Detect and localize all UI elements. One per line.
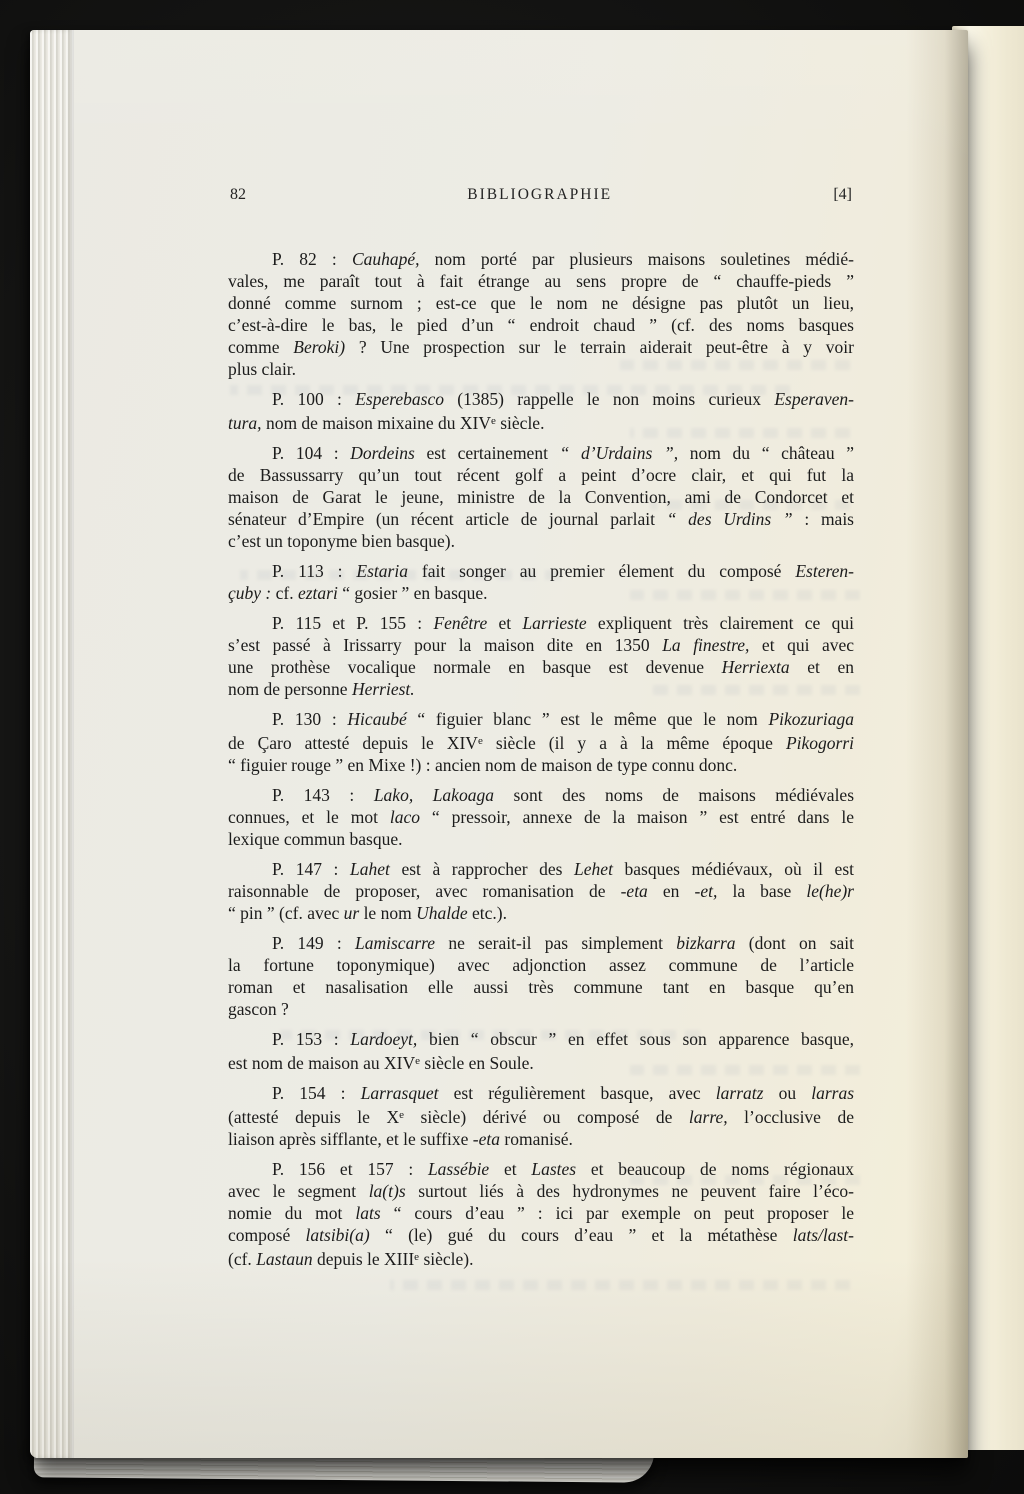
text-segment: en	[648, 881, 695, 901]
text-segment: et en	[790, 657, 854, 677]
text-line: c’est-à-dire le bas, le pied d’un “ endr…	[228, 314, 854, 336]
text-segment: “ figuier blanc ” est le même que le nom	[407, 709, 769, 729]
text-segment: et beaucoup de noms régionaux	[576, 1159, 854, 1179]
text-segment: donné comme surnom ; est-ce que le nom n…	[228, 293, 854, 313]
text-segment: nom porté par plusieurs maisons souletin…	[420, 249, 854, 269]
text-segment: Lastaun	[256, 1249, 312, 1269]
text-segment: nomie du mot	[228, 1203, 355, 1223]
text-segment: et	[489, 1159, 531, 1179]
text-segment: le nom	[359, 903, 416, 923]
text-line: P. 100 : Esperebasco (1385) rappelle le …	[228, 388, 854, 410]
text-line: P. 149 : Lamiscarre ne serait-il pas sim…	[228, 932, 854, 954]
text-segment: Esperaven-	[774, 389, 854, 409]
text-segment: P. 113 :	[272, 561, 356, 581]
text-segment: cf.	[271, 583, 298, 603]
photo-background: 82 BIBLIOGRAPHIE [4] P. 82 : Cauhapé, no…	[0, 0, 1024, 1494]
text-segment: roman et nasalisation elle aussi très co…	[228, 977, 854, 997]
text-segment: ne serait-il pas simplement	[435, 933, 676, 953]
text-line: lexique commun basque.	[228, 828, 854, 850]
text-segment: siècle en Soule.	[420, 1053, 534, 1073]
text-segment: P. 149 :	[272, 933, 355, 953]
text-segment: latsibi(a)	[306, 1225, 370, 1245]
text-line: la fortune toponymique) avec adjonction …	[228, 954, 854, 976]
text-segment: bizkarra	[676, 933, 735, 953]
text-segment: une prothèse vocalique normale en basque…	[228, 657, 722, 677]
text-line: P. 104 : Dordeins est certainement “ d’U…	[228, 442, 854, 464]
text-line: (attesté depuis le Xe siècle) dérivé ou …	[228, 1104, 854, 1128]
text-segment: ou	[763, 1083, 811, 1103]
text-line: tura, nom de maison mixaine du XIVe sièc…	[228, 410, 854, 434]
text-segment: Lehet	[574, 859, 613, 879]
text-segment: de Bassussarry qu’un tout récent golf a …	[228, 465, 854, 485]
text-segment: connues, et le mot	[228, 807, 390, 827]
paragraph: P. 104 : Dordeins est certainement “ d’U…	[228, 442, 854, 552]
text-line: P. 82 : Cauhapé, nom porté par plusieurs…	[228, 248, 854, 270]
text-segment: Esperebasco	[355, 389, 444, 409]
text-segment: nom du “ château ”	[678, 443, 854, 463]
text-line: P. 154 : Larrasquet est régulièrement ba…	[228, 1082, 854, 1104]
text-segment: P. 154 :	[272, 1083, 361, 1103]
text-segment: est régulièrement basque, avec	[438, 1083, 715, 1103]
text-segment: Hicaubé	[347, 709, 406, 729]
text-line: liaison après sifflante, et le suffixe -…	[228, 1128, 854, 1150]
book-page: 82 BIBLIOGRAPHIE [4] P. 82 : Cauhapé, no…	[30, 30, 968, 1458]
text-segment: P. 147 :	[272, 859, 350, 879]
text-segment: vales, me paraît tout à fait étrange au …	[228, 271, 854, 291]
text-segment: composé	[228, 1225, 306, 1245]
text-segment: “ figuier rouge ” en Mixe !) : ancien no…	[228, 755, 737, 775]
running-title: BIBLIOGRAPHIE	[467, 186, 612, 204]
text-segment: Pikogorri	[786, 733, 854, 753]
paragraph: P. 130 : Hicaubé “ figuier blanc ” est l…	[228, 708, 854, 776]
text-segment: Dordeins	[350, 443, 415, 463]
text-segment: Lassébie	[428, 1159, 489, 1179]
text-segment: est certainement	[415, 443, 560, 463]
text-segment: la fortune toponymique) avec adjonction …	[228, 955, 854, 975]
text-segment: Lako, Lakoaga	[374, 785, 494, 805]
paragraph: P. 154 : Larrasquet est régulièrement ba…	[228, 1082, 854, 1150]
text-segment: P. 100 :	[272, 389, 355, 409]
text-line: vales, me paraît tout à fait étrange au …	[228, 270, 854, 292]
text-segment: Lardoeyt,	[350, 1029, 417, 1049]
paragraph: P. 82 : Cauhapé, nom porté par plusieurs…	[228, 248, 854, 380]
text-line: P. 143 : Lako, Lakoaga sont des noms de …	[228, 784, 854, 806]
text-line: roman et nasalisation elle aussi très co…	[228, 976, 854, 998]
text-segment: siècle).	[419, 1249, 473, 1269]
text-segment: siècle.	[496, 413, 545, 433]
text-line: nom de personne Herriest.	[228, 678, 854, 700]
text-segment: P. 130 :	[272, 709, 347, 729]
text-segment: sont des noms de maisons médiévales	[494, 785, 854, 805]
text-line: connues, et le mot laco “ pressoir, anne…	[228, 806, 854, 828]
text-segment: Fenêtre	[433, 613, 487, 633]
text-segment: “ cours d’eau ” : ici par exemple on peu…	[381, 1203, 854, 1223]
text-line: comme Beroki) ? Une prospection sur le t…	[228, 336, 854, 358]
text-segment: tura,	[228, 413, 262, 433]
paragraph: P. 113 : Estaria fait songer au premier …	[228, 560, 854, 604]
text-segment: Lamiscarre	[355, 933, 435, 953]
text-segment: ? Une prospection sur le terrain aiderai…	[345, 337, 854, 357]
text-segment: “ des Urdins ”	[667, 509, 793, 529]
text-line: P. 115 et P. 155 : Fenêtre et Larrieste …	[228, 612, 854, 634]
text-segment: Lastes	[531, 1159, 576, 1179]
text-segment: Larrasquet	[361, 1083, 439, 1103]
text-segment: bien “ obscur ” en effet sous son appare…	[417, 1029, 854, 1049]
text-segment: et qui avec	[749, 635, 854, 655]
text-segment: La finestre,	[662, 635, 749, 655]
text-segment: P. 143 :	[272, 785, 374, 805]
text-segment: lats/last-	[793, 1225, 854, 1245]
text-segment: P. 82 :	[272, 249, 352, 269]
text-segment: etc.).	[468, 903, 507, 923]
text-line: maison de Garat le jeune, ministre de la…	[228, 486, 854, 508]
text-segment: maison de Garat le jeune, ministre de la…	[228, 487, 854, 507]
text-segment: expliquent très clairement ce qui	[587, 613, 854, 633]
text-segment: c’est-à-dire le bas, le pied d’un “ endr…	[228, 315, 854, 335]
text-segment: lexique commun basque.	[228, 829, 402, 849]
text-line: “ figuier rouge ” en Mixe !) : ancien no…	[228, 754, 854, 776]
text-segment: Herriest.	[352, 679, 415, 699]
text-segment: c’est un toponyme bien basque).	[228, 531, 455, 551]
text-segment: et	[487, 613, 522, 633]
text-line: çuby : cf. eztari “ gosier ” en basque.	[228, 582, 854, 604]
paragraph: P. 153 : Lardoeyt, bien “ obscur ” en ef…	[228, 1028, 854, 1074]
text-segment: gascon ?	[228, 999, 289, 1019]
text-line: donné comme surnom ; est-ce que le nom n…	[228, 292, 854, 314]
text-segment: Larrieste	[522, 613, 586, 633]
text-segment: -eta	[621, 881, 648, 901]
text-segment: çuby :	[228, 583, 271, 603]
text-body: P. 82 : Cauhapé, nom porté par plusieurs…	[228, 248, 854, 1270]
text-line: “ pin ” (cf. avec ur le nom Uhalde etc.)…	[228, 902, 854, 924]
text-line: c’est un toponyme bien basque).	[228, 530, 854, 552]
text-segment: plus clair.	[228, 359, 296, 379]
text-segment: “ pressoir, annexe de la maison ” est en…	[420, 807, 854, 827]
text-segment: (1385) rappelle le non moins curieux	[444, 389, 774, 409]
text-segment: -et,	[695, 881, 718, 901]
text-segment: basques médiévaux, où il est	[613, 859, 854, 879]
text-line: gascon ?	[228, 998, 854, 1020]
paragraph: P. 115 et P. 155 : Fenêtre et Larrieste …	[228, 612, 854, 700]
text-segment: larre,	[689, 1107, 728, 1127]
text-segment: lats	[355, 1203, 380, 1223]
text-segment: “ d’Urdains ”,	[560, 443, 678, 463]
text-segment: P. 104 :	[272, 443, 350, 463]
text-segment: “ (le) gué du cours d’eau ” et la métath…	[370, 1225, 793, 1245]
text-segment: Cauhapé,	[352, 249, 420, 269]
text-segment: P. 156 et 157 :	[272, 1159, 428, 1179]
text-segment: P. 153 :	[272, 1029, 350, 1049]
text-segment: la(t)s	[369, 1181, 406, 1201]
paragraph: P. 156 et 157 : Lassébie et Lastes et be…	[228, 1158, 854, 1270]
text-segment: nom de personne	[228, 679, 352, 699]
text-segment: avec le segment	[228, 1181, 369, 1201]
text-line: nomie du mot lats “ cours d’eau ” : ici …	[228, 1202, 854, 1224]
text-segment: P. 115 et P. 155 :	[272, 613, 433, 633]
text-line: de Çaro attesté depuis le XIVe siècle (i…	[228, 730, 854, 754]
text-segment: sénateur d’Empire (un récent article de …	[228, 509, 667, 529]
text-segment: “ gosier ” en basque.	[338, 583, 488, 603]
text-line: une prothèse vocalique normale en basque…	[228, 656, 854, 678]
text-segment: depuis le XIII	[313, 1249, 415, 1269]
text-line: raisonnable de proposer, avec romanisati…	[228, 880, 854, 902]
text-segment: Herriexta	[722, 657, 790, 677]
text-line: est nom de maison au XIVe siècle en Soul…	[228, 1050, 854, 1074]
paragraph: P. 143 : Lako, Lakoaga sont des noms de …	[228, 784, 854, 850]
text-segment: eztari	[298, 583, 338, 603]
paragraph: P. 147 : Lahet est à rapprocher des Lehe…	[228, 858, 854, 924]
text-segment: Uhalde	[416, 903, 468, 923]
issue-marker: [4]	[833, 186, 852, 204]
text-segment: surtout liés à des hydronymes ne peuvent…	[406, 1181, 854, 1201]
text-segment: est nom de maison au XIV	[228, 1053, 415, 1073]
page-stack-left-edge	[30, 30, 74, 1458]
bleedthrough-ghost	[390, 1280, 850, 1290]
text-line: avec le segment la(t)s surtout liés à de…	[228, 1180, 854, 1202]
text-line: P. 130 : Hicaubé “ figuier blanc ” est l…	[228, 708, 854, 730]
text-line: P. 156 et 157 : Lassébie et Lastes et be…	[228, 1158, 854, 1180]
text-segment: ur	[344, 903, 360, 923]
text-segment: Lahet	[350, 859, 390, 879]
paragraph: P. 100 : Esperebasco (1385) rappelle le …	[228, 388, 854, 434]
text-segment: siècle (il y a à la même époque	[483, 733, 786, 753]
text-segment: fait songer au premier élement du compos…	[408, 561, 795, 581]
text-line: (cf. Lastaun depuis le XIIIe siècle).	[228, 1246, 854, 1270]
text-line: P. 153 : Lardoeyt, bien “ obscur ” en ef…	[228, 1028, 854, 1050]
text-line: de Bassussarry qu’un tout récent golf a …	[228, 464, 854, 486]
text-line: plus clair.	[228, 358, 854, 380]
text-segment: le(he)r	[806, 881, 854, 901]
text-segment: romanisé.	[500, 1129, 573, 1149]
text-segment: “ pin ” (cf. avec	[228, 903, 344, 923]
text-segment: (attesté depuis le X	[228, 1107, 399, 1127]
text-line: composé latsibi(a) “ (le) gué du cours d…	[228, 1224, 854, 1246]
text-segment: la base	[717, 881, 806, 901]
text-segment: laco	[390, 807, 420, 827]
text-segment: liaison après sifflante, et le suffixe	[228, 1129, 473, 1149]
text-segment: nom de maison mixaine du XIV	[262, 413, 491, 433]
gutter-shading	[906, 30, 968, 1458]
page-content: 82 BIBLIOGRAPHIE [4] P. 82 : Cauhapé, no…	[228, 186, 854, 1278]
text-segment: larratz	[716, 1083, 764, 1103]
text-line: P. 147 : Lahet est à rapprocher des Lehe…	[228, 858, 854, 880]
text-line: P. 113 : Estaria fait songer au premier …	[228, 560, 854, 582]
text-segment: Beroki)	[293, 337, 345, 357]
text-segment: -eta	[473, 1129, 500, 1149]
running-header: 82 BIBLIOGRAPHIE [4]	[228, 186, 854, 204]
text-segment: s’est passé à Irissarry pour la maison d…	[228, 635, 662, 655]
text-segment: siècle) dérivé ou composé de	[404, 1107, 689, 1127]
text-segment: l’occlusive de	[728, 1107, 854, 1127]
text-line: s’est passé à Irissarry pour la maison d…	[228, 634, 854, 656]
paragraph: P. 149 : Lamiscarre ne serait-il pas sim…	[228, 932, 854, 1020]
text-segment: de Çaro attesté depuis le XIV	[228, 733, 478, 753]
text-segment: larras	[811, 1083, 854, 1103]
text-segment: (dont on sait	[736, 933, 854, 953]
text-line: sénateur d’Empire (un récent article de …	[228, 508, 854, 530]
page-number: 82	[230, 186, 246, 204]
text-segment: comme	[228, 337, 293, 357]
text-segment: (cf.	[228, 1249, 256, 1269]
text-segment: est à rapprocher des	[390, 859, 574, 879]
text-segment: Esteren-	[795, 561, 854, 581]
text-segment: Estaria	[356, 561, 408, 581]
text-segment: Pikozuriaga	[768, 709, 854, 729]
text-segment: raisonnable de proposer, avec romanisati…	[228, 881, 621, 901]
text-segment: : mais	[793, 509, 854, 529]
